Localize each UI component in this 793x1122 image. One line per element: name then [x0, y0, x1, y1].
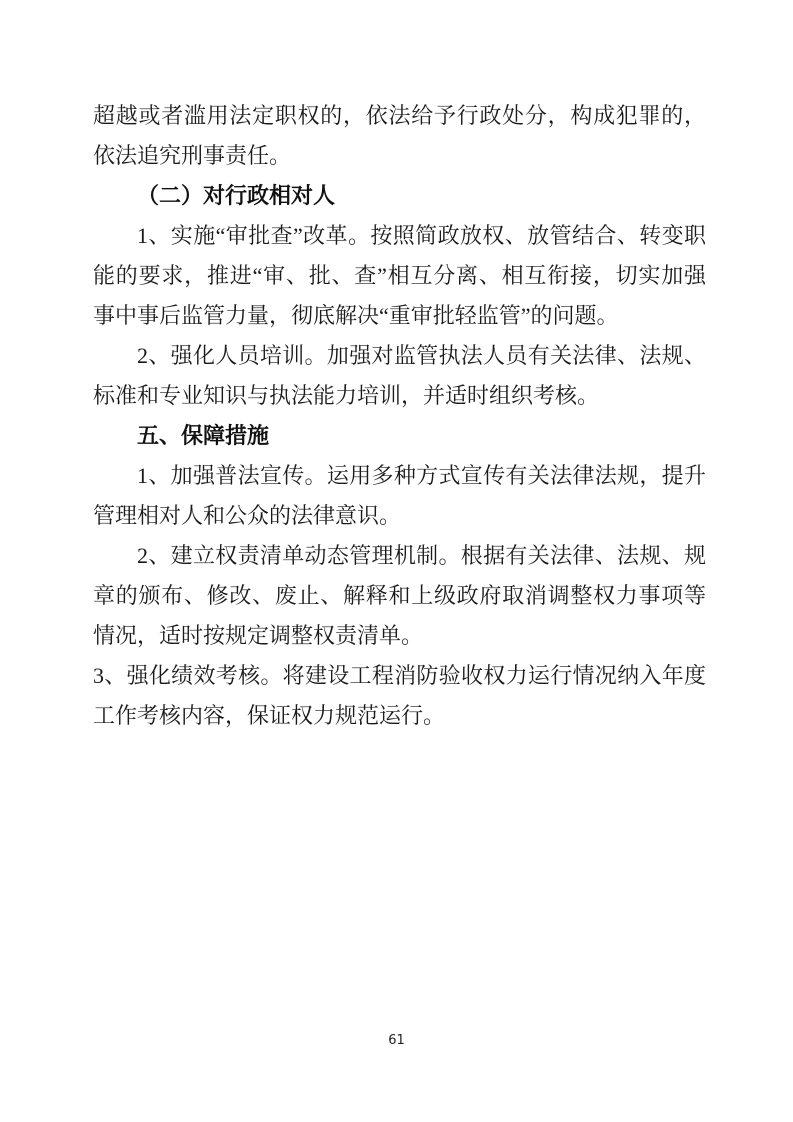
- document-page: 超越或者滥用法定职权的，依法给予行政处分，构成犯罪的，依法追究刑事责任。 （二）…: [0, 0, 793, 1122]
- section-heading-5-safeguard-measures: 五、保障措施: [93, 416, 706, 456]
- paragraph-item-2-training: 2、强化人员培训。加强对监管执法人员有关法律、法规、标准和专业知识与执法能力培训…: [93, 336, 706, 416]
- section-heading-2-administrative-counterpart: （二）对行政相对人: [93, 176, 706, 216]
- paragraph-item-3-performance-assessment: 3、强化绩效考核。将建设工程消防验收权力运行情况纳入年度工作考核内容，保证权力规…: [93, 656, 706, 736]
- page-number: 61: [0, 1032, 793, 1050]
- document-body: 超越或者滥用法定职权的，依法给予行政处分，构成犯罪的，依法追究刑事责任。 （二）…: [93, 96, 706, 736]
- paragraph-item-1-reform: 1、实施“审批查”改革。按照简政放权、放管结合、转变职能的要求，推进“审、批、查…: [93, 216, 706, 336]
- paragraph-item-2-dynamic-management: 2、建立权责清单动态管理机制。根据有关法律、法规、规章的颁布、修改、废止、解释和…: [93, 536, 706, 656]
- paragraph-item-1-legal-publicity: 1、加强普法宣传。运用多种方式宣传有关法律法规，提升管理相对人和公众的法律意识。: [93, 456, 706, 536]
- paragraph-continuation: 超越或者滥用法定职权的，依法给予行政处分，构成犯罪的，依法追究刑事责任。: [93, 96, 706, 176]
